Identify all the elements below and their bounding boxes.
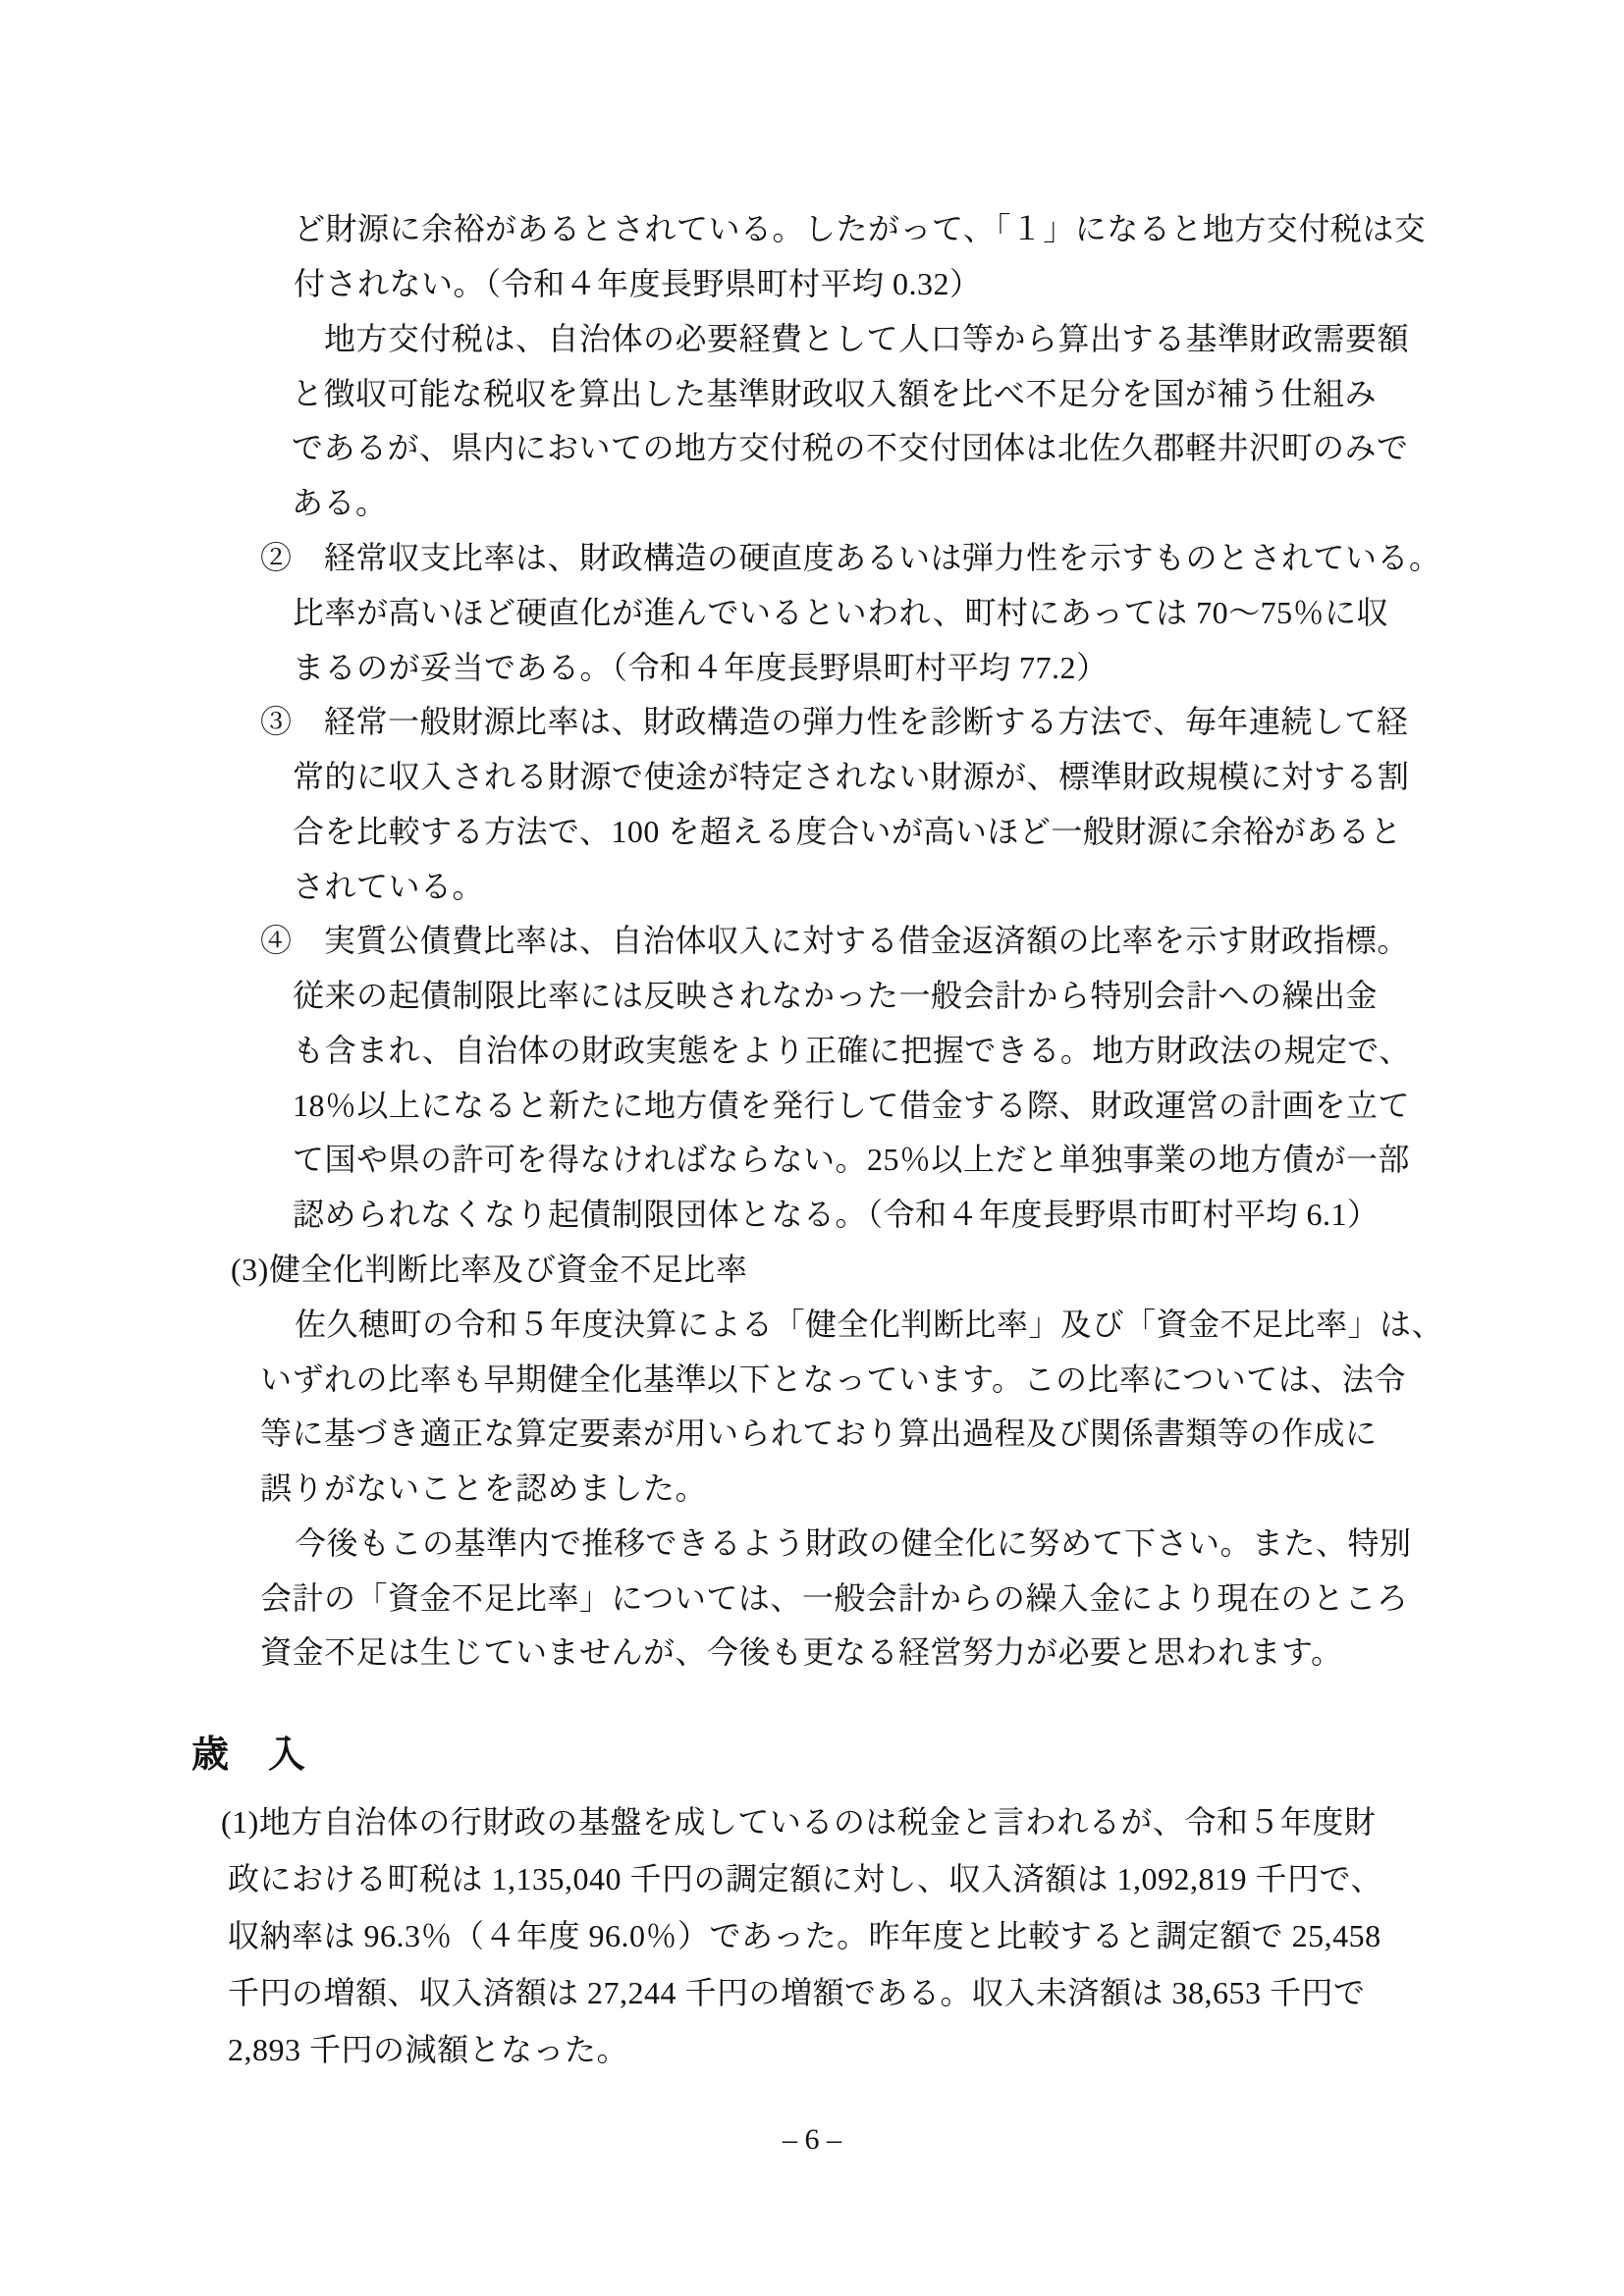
page-number: – 6 – [0,2123,1624,2156]
indicator1-continuation-line: であるが、県内においての地方交付税の不交付団体は北佐久郡軽井沢町のみで [292,430,1409,466]
revenue-item1-line: (1)地方自治体の行財政の基盤を成しているのは税金と言われるが、令和５年度財 [221,1804,1376,1841]
indicator3-continuation-line: 常的に収入される財源で使途が特定されない財源が、標準財政規模に対する割 [293,759,1410,795]
indicator3-list-item-line: ③ 経常一般財源比率は、財政構造の弾力性を診断する方法で、毎年連続して経 [260,704,1408,740]
indicator1-continuation-line: 付されない。（令和４年度長野県町村平均 0.32） [294,266,982,302]
indicator3-continuation-line: されている。 [293,869,484,905]
indicator4-continuation-line: 従来の起債制限比率には反映されなかった一般会計から特別会計への繰出金 [293,978,1378,1014]
indicator4-continuation-line: も含まれ、自治体の財政実態をより正確に把握できる。地方財政法の規定で、 [293,1033,1411,1069]
document-page: ど財源に余裕があるとされている。したがって、「１」になると地方交付税は交 付され… [0,0,1624,2296]
indicator4-continuation-line: 18％以上になると新たに地方債を発行して借金する際、財政運営の計画を立て [293,1088,1410,1124]
indicator4-continuation-line: て国や県の許可を得なければならない。25％以上だと単独事業の地方債が一部 [293,1142,1410,1178]
indicator1-paragraph-line: 地方交付税は、自治体の必要経費として人口等から算出する基準財政需要額 [324,321,1409,357]
indicator4-continuation-line: 認められなくなり起債制限団体となる。（令和４年度長野県市町村平均 6.1） [293,1197,1380,1233]
revenue-section-heading: 歳 入 [191,1735,306,1777]
section-3-paragraph-line: 今後もこの基準内で推移できるよう財政の健全化に努めて下さい。また、特別 [295,1525,1412,1562]
indicator2-list-item-line: ② 経常収支比率は、財政構造の硬直度あるいは弾力性を示すものとされている。 [260,540,1441,576]
section-3-paragraph-line: いずれの比率も早期健全化基準以下となっています。この比率については、法令 [260,1362,1406,1398]
section-3-paragraph-line: 誤りがないことを認めました。 [260,1470,707,1507]
revenue-item1-line: 千円の増額、収入済額は 27,244 千円の増額である。収入未済額は 38,65… [228,1975,1366,2011]
section-3-heading: (3)健全化判断比率及び資金不足比率 [231,1252,747,1288]
indicator1-continuation-line: ど財源に余裕があるとされている。したがって、「１」になると地方交付税は交 [294,211,1426,247]
indicator2-continuation-line: 比率が高いほど硬直化が進んでいるといわれ、町村にあっては 70～75％に収 [293,595,1388,631]
section-3-paragraph-line: 会計の「資金不足比率」については、一般会計からの繰入金により現在のところ [260,1580,1408,1617]
indicator4-list-item-line: ④ 実質公債費比率は、自治体収入に対する借金返済額の比率を示す財政指標。 [260,923,1409,959]
section-3-paragraph-line: 等に基づき適正な算定要素が用いられており算出過程及び関係書類等の作成に [260,1415,1378,1452]
indicator1-continuation-line: と徴収可能な税収を算出した基準財政収入額を比べ不足分を国が補う仕組み [292,376,1377,412]
revenue-item1-line: 政における町税は 1,135,040 千円の調定額に対し、収入済額は 1,092… [228,1861,1382,1897]
indicator2-continuation-line: まるのが妥当である。（令和４年度長野県町村平均 77.2） [293,650,1109,686]
indicator1-continuation-line: ある。 [292,485,388,521]
section-3-paragraph-line: 資金不足は生じていませんが、今後も更なる経営努力が必要と思われます。 [260,1634,1342,1671]
section-3-paragraph-line: 佐久穂町の令和５年度決算による「健全化判断比率」及び「資金不足比率」は、 [295,1307,1443,1343]
indicator3-continuation-line: 合を比較する方法で、100 を超える度合いが高いほど一般財源に余裕があると [293,814,1402,850]
revenue-item1-line: 2,893 千円の減額となった。 [228,2032,628,2068]
revenue-item1-line: 収納率は 96.3％（４年度 96.0％）であった。昨年度と比較すると調定額で … [228,1918,1381,1954]
